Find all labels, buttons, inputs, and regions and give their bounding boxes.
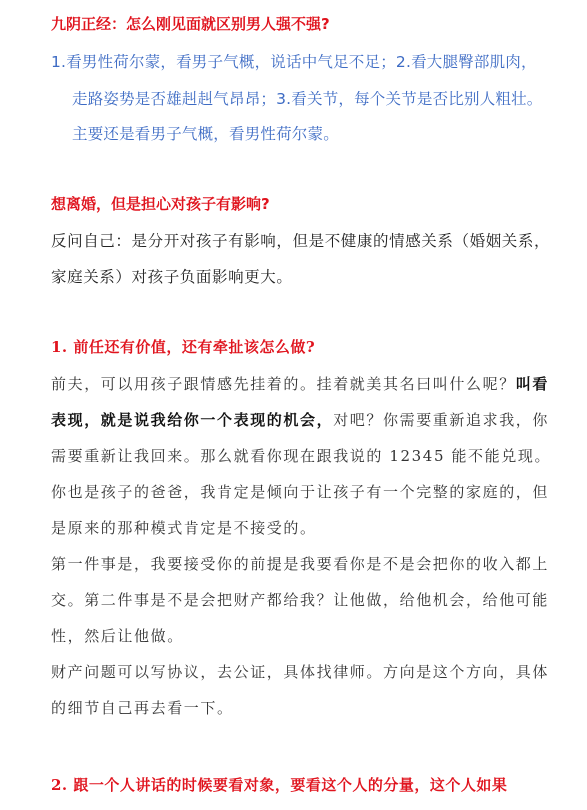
paragraph-line: 第一件事是，我要接受你的前提是我要看你是不是会把你的收入都上 [51, 554, 549, 574]
section-heading-ex-partner: 1. 前任还有价值，还有牵扯该怎么做? [51, 337, 315, 357]
paragraph-line: 需要重新让我回来。那么就看你现在跟我说的 12345 能不能兑现。 [51, 446, 551, 466]
document-page: 九阴正经：怎么刚见面就区别男人强不强? 1.看男性荷尔蒙，看男子气概，说话中气足… [0, 0, 587, 810]
paragraph-line: 交。第二件事是不是会把财产都给我？让他做，给他机会，给他可能 [51, 590, 549, 610]
paragraph-line: 表现，就是说我给你一个表现的机会，对吧？你需要重新追求我，你 [51, 410, 549, 430]
text-normal: 对吧？你需要重新追求我，你 [333, 411, 549, 429]
text-normal: 前夫，可以用孩子跟情感先挂着的。挂着就美其名曰叫什么呢？ [51, 375, 516, 393]
paragraph-line: 财产问题可以写协议，去公证，具体找律师。方向是这个方向，具体 [51, 662, 549, 682]
section-heading-hormone: 九阴正经：怎么刚见面就区别男人强不强? [51, 14, 330, 34]
paragraph-line: 主要还是看男子气概，看男性荷尔蒙。 [72, 124, 339, 144]
paragraph-line: 走路姿势是否雄赳赳气昂昂；3.看关节，每个关节是否比别人粗壮。 [72, 89, 543, 109]
paragraph-line: 反问自己：是分开对孩子有影响，但是不健康的情感关系（婚姻关系， [51, 231, 550, 251]
paragraph-line: 你也是孩子的爸爸，我肯定是倾向于让孩子有一个完整的家庭的，但 [51, 482, 549, 502]
paragraph-line: 前夫，可以用孩子跟情感先挂着的。挂着就美其名曰叫什么呢？叫看 [51, 374, 549, 394]
section-heading-speaking: 2. 跟一个人讲话的时候要看对象，要看这个人的分量，这个人如果 [51, 775, 507, 795]
section-heading-divorce: 想离婚，但是担心对孩子有影响? [51, 194, 270, 214]
paragraph-line: 性，然后让他做。 [51, 626, 184, 646]
text-bold: 表现，就是说我给你一个表现的机会， [51, 411, 333, 429]
paragraph-line: 的细节自己再去看一下。 [51, 698, 234, 718]
paragraph-line: 家庭关系）对孩子负面影响更大。 [51, 267, 293, 287]
text-bold: 叫看 [516, 375, 549, 393]
paragraph-line: 1.看男性荷尔蒙，看男子气概，说话中气足不足；2.看大腿臀部肌肉， [51, 52, 537, 72]
paragraph-line: 是原来的那种模式肯定是不接受的。 [51, 518, 317, 538]
